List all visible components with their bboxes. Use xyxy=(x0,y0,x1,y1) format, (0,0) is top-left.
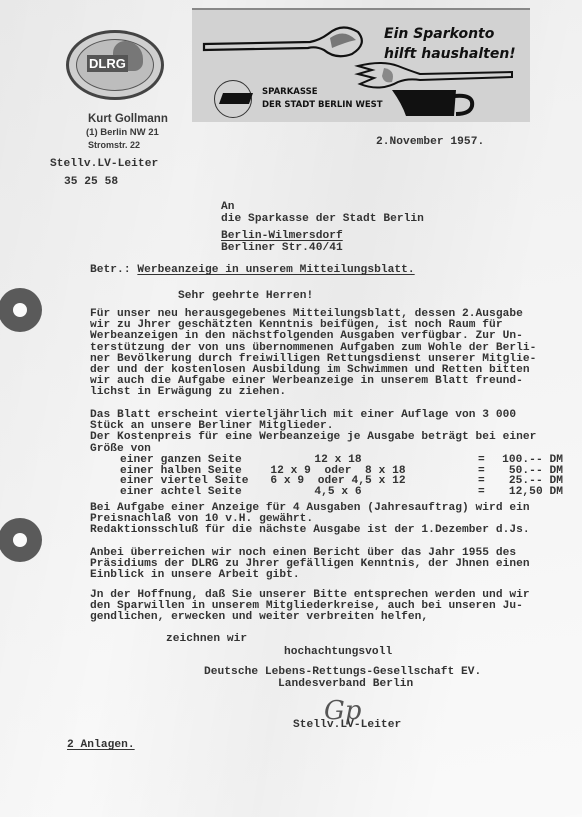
salutation: Sehr geehrte Herren! xyxy=(178,291,313,302)
brand-line-1: SPARKASSE xyxy=(262,86,383,99)
slogan-line-2: hilft haushalten! xyxy=(384,46,516,62)
paragraph-4: Anbei überreichen wir noch einen Bericht… xyxy=(90,548,530,582)
closing-line-1: zeichnen wir xyxy=(166,634,247,645)
reference-title: Stellv.LV-Leiter xyxy=(50,159,158,170)
text-line: Redaktionsschluß für die nächste Ausgabe… xyxy=(90,525,530,536)
price-dims: 4,5 x 6 xyxy=(188,487,488,498)
enclosures: 2 Anlagen. xyxy=(67,740,135,751)
punch-hole-top xyxy=(0,288,42,332)
organization-name: Deutsche Lebens-Rettungs-Gesellschaft EV… xyxy=(204,667,481,678)
sender-street: Stromstr. 22 xyxy=(88,140,140,150)
brand-line-2: DER STADT BERLIN WEST xyxy=(262,99,383,112)
slogan-line-1: Ein Sparkonto xyxy=(384,26,494,42)
sparkasse-advert: Ein Sparkonto hilft haushalten! SPARKASS… xyxy=(192,8,530,122)
sparkasse-logo-icon xyxy=(214,80,252,118)
logo-text: DLRG xyxy=(87,55,128,72)
text-line: Der Kostenpreis für eine Werbeanzeige je… xyxy=(90,432,536,443)
price-price: 12,50 DM xyxy=(463,487,563,498)
dlrg-logo: DLRG xyxy=(66,30,164,100)
recipient-line-4: Berliner Str.40/41 xyxy=(221,243,343,254)
price-row: einer viertel Seite6 x 9 oder 4,5 x 12=2… xyxy=(0,476,582,487)
paragraph-1: Für unser neu herausgegebenes Mitteilung… xyxy=(90,309,536,399)
sender-name: Kurt Gollmann xyxy=(88,113,168,125)
paragraph-5: Jn der Hoffnung, daß Sie unserer Bitte e… xyxy=(90,590,530,624)
signer-title: Stellv.LV-Leiter xyxy=(293,720,401,731)
subject: Betr.: Werbeanzeige in unserem Mitteilun… xyxy=(90,265,415,276)
reference-phone: 35 25 58 xyxy=(64,177,118,188)
letter-date: 2.November 1957. xyxy=(376,137,484,148)
text-line: lichst in Erwägung zu ziehen. xyxy=(90,387,536,398)
recipient-line-1: An xyxy=(221,202,235,213)
recipient-line-2: die Sparkasse der Stadt Berlin xyxy=(221,214,424,225)
text-line: Werbeanzeigen in den nächstfolgenden Aus… xyxy=(90,331,536,342)
closing-line-2: hochachtungsvoll xyxy=(284,647,392,658)
paragraph-3: Bei Aufgabe einer Anzeige für 4 Ausgaben… xyxy=(90,503,530,537)
subject-text: Werbeanzeige in unserem Mitteilungsblatt… xyxy=(137,264,414,276)
paragraph-2: Das Blatt erscheint vierteljährlich mit … xyxy=(90,410,536,455)
price-row: einer achtel Seite4,5 x 6=12,50 DM xyxy=(0,487,582,498)
punch-hole-bottom xyxy=(0,518,42,562)
advert-slogan: Ein Sparkonto hilft haushalten! xyxy=(384,24,516,64)
advert-brand: SPARKASSE DER STADT BERLIN WEST xyxy=(262,86,383,112)
text-line: gendlichen, erwecken und weiter verbreit… xyxy=(90,612,530,623)
recipient-line-3: Berlin-Wilmersdorf xyxy=(221,231,343,242)
organization-branch: Landesverband Berlin xyxy=(278,679,413,690)
sender-city: (1) Berlin NW 21 xyxy=(86,127,159,138)
subject-label: Betr.: xyxy=(90,264,131,276)
text-line: Einblick in unsere Arbeit gibt. xyxy=(90,570,530,581)
